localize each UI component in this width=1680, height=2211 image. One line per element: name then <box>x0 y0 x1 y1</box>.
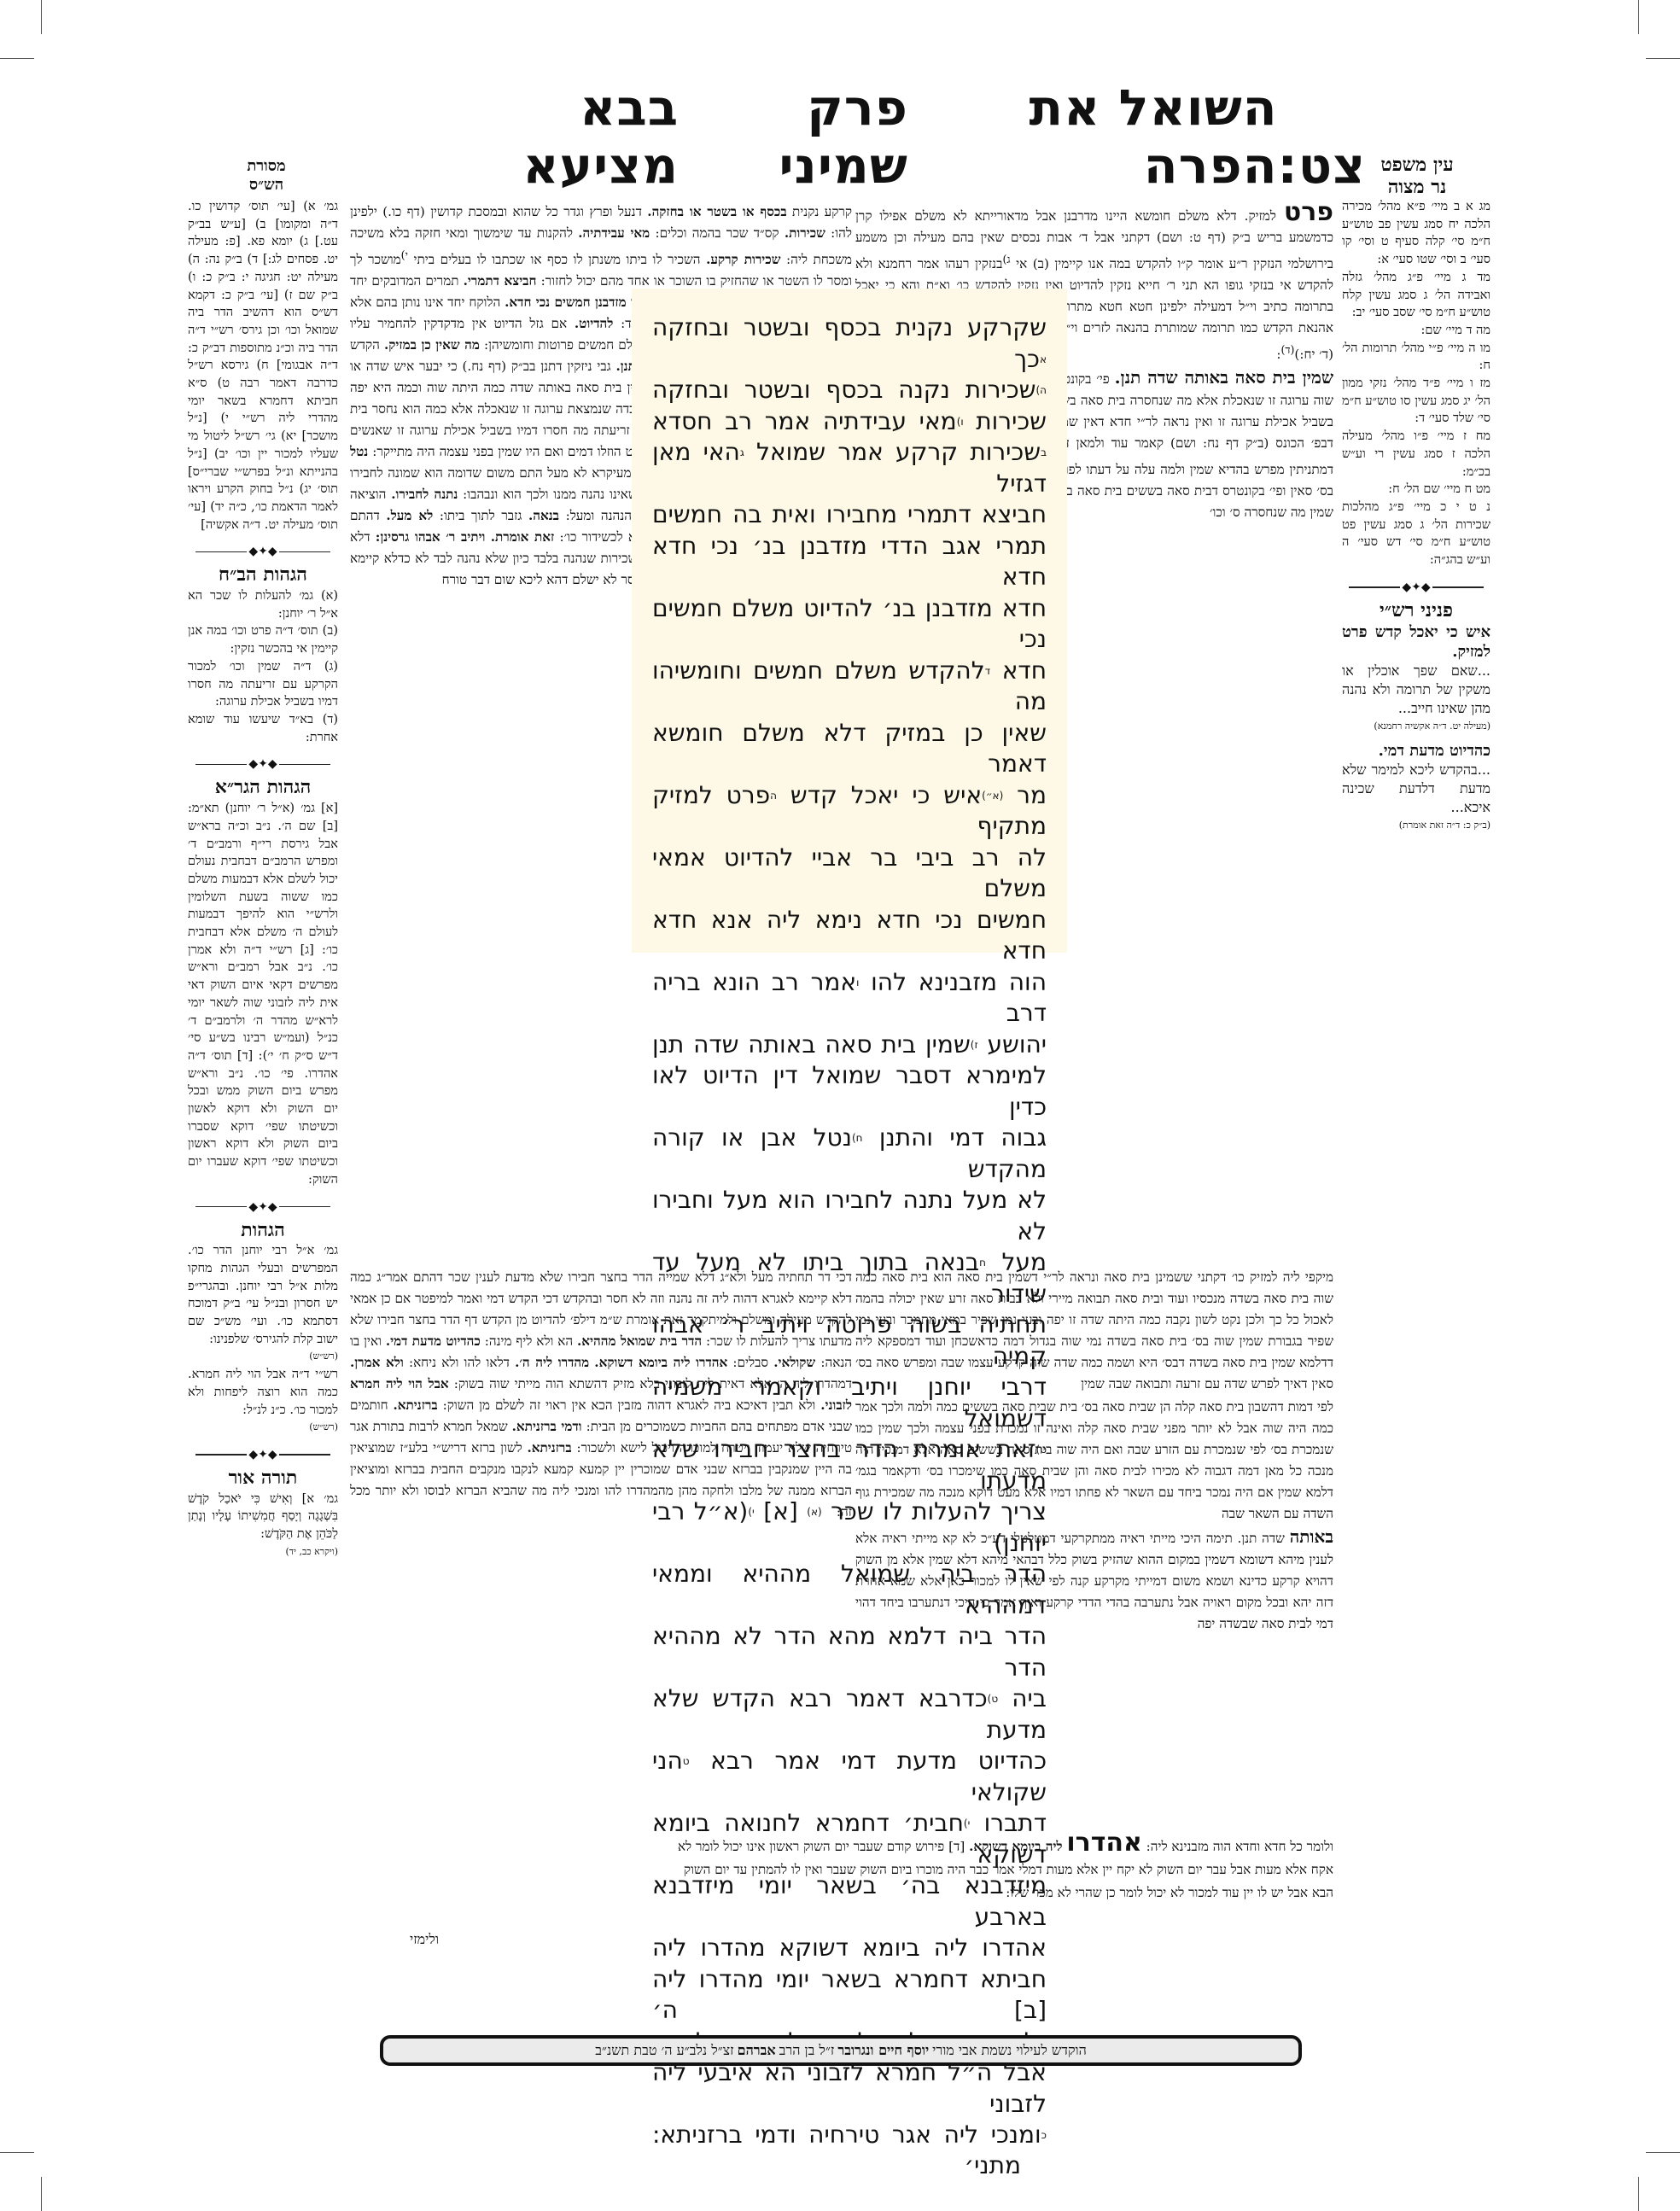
gemara-line: הוה מזבנינא להו ואמר רב הונא בריה דרב <box>652 967 1047 1030</box>
hagra-body: [א] גמ׳ (א״ל ר׳ יוחנן) תא״מ: [ב] שם ה׳. … <box>188 800 338 1188</box>
catchword: ולימזי <box>410 1931 439 1948</box>
dedication-banner: הוקדש לעילוי נשמת אבי מורי יוסף חיים ונג… <box>380 2035 1302 2066</box>
pninei-source: (ב״ק כ: ד״ה זאת אומרת) <box>1342 817 1490 835</box>
crop-mark <box>1646 58 1680 59</box>
ein-mishpat-entry: מה ד מיי׳ שם: <box>1342 322 1490 340</box>
ein-mishpat-column: מג א ב מיי׳ פ״א מהל׳ מכירה הלכה יח סמג ע… <box>1342 198 1490 835</box>
ein-mishpat-entry: נ ט י כ מיי׳ פ״ג מהלכות שכירות הל׳ ג סמג… <box>1342 499 1490 569</box>
gemara-line: חביתא דחמרא בשאר יומי מהדרו ליה [ב] ה׳ <box>652 1964 1047 2027</box>
dedication-name: יוסף חיים ונגרובר <box>837 2042 929 2059</box>
gemara-line: מר (א״)איש כי יאכל קדש הפרט למזיק מתקיף <box>652 780 1047 843</box>
hashas-title: הש״ס <box>198 176 335 195</box>
gemara-line: גבוה דמי והתנן ח)נטל אבן או קורה מהקדש <box>652 1123 1047 1185</box>
habach-entry: (ג) ד״ה שמין וכו׳ למכור הקרקע עם זריעתה … <box>188 658 338 711</box>
dedication-middle: ז״ל בן הרב <box>779 2042 835 2059</box>
ornament-divider: ◆✦◆ <box>188 1449 338 1461</box>
gemara-line: חדא מזדבנן בנ׳ להדיוט משלם חמשים נכי <box>652 593 1047 656</box>
pninei-body: ...בהקדש ליכא למימר שלא מדעת דלדעת שכינה… <box>1342 761 1490 817</box>
hagahot-entry: גמ׳ א״ל רבי יוחנן הדר כו׳. המפרשים ובעלי… <box>188 1242 338 1348</box>
gemara-line: חדא דלהקדש משלם חמשים וחומשיהו מה <box>652 656 1047 718</box>
gemara-line: למימרא דסבר שמואל דין הדיוט לאו כדין <box>652 1060 1047 1123</box>
tosafot-bottom-line: אקח אלא מעות אבל עבר יום השוק לא יקח יין… <box>350 1859 1333 1881</box>
hagahot-hagra-title: הגהות הגר״א <box>188 779 338 796</box>
torah-or-source: (ויקרא כב, יד) <box>188 1543 338 1561</box>
dedication-prefix: הוקדש לעילוי נשמת אבי מורי <box>932 2042 1087 2059</box>
crop-mark <box>41 2177 42 2211</box>
gemara-line: שכירות ו)מאי עבידתיה אמר רב חסדא <box>652 406 1047 438</box>
hagahot-entry: רש״י ד״ה אבל הוי ליה חמרא. כמה הוא רוצה … <box>188 1366 338 1419</box>
tosafot-bottom-lines: ולומר כל חדא וחדא הוה מזבנינא ליה: אהדרו… <box>350 1832 1333 1909</box>
hagahot-title: הגהות <box>188 1222 338 1240</box>
pninei-heading: כהדיוט מדעת דמי. <box>1342 741 1490 761</box>
chapter-name: השואל את הפרה <box>908 79 1278 195</box>
page-header: צט: השואל את הפרה פרק שמיני בבא מציעא <box>427 126 1366 195</box>
crop-mark <box>0 2152 34 2153</box>
ein-mishpat-entry: מג א ב מיי׳ פ״א מהל׳ מכירה הלכה יח סמג ע… <box>1342 198 1490 269</box>
habach-entry: (ב) תוס׳ ד״ה פרט וכו׳ במה אנן קיימין אי … <box>188 622 338 657</box>
ein-mishpat-entry: מט ח מיי׳ שם הל׳ ח: <box>1342 481 1490 499</box>
ein-mishpat-title: עין משפט <box>1349 154 1485 176</box>
mesoret-title: מסורת <box>198 157 335 176</box>
gemara-line: יהושע ז)שמין בית סאה באותה שדה תנן <box>652 1030 1047 1061</box>
torah-or-title: תורה אור <box>188 1469 338 1487</box>
ein-mishpat-entry: מז ו מיי׳ פ״ד מהל׳ נזקי ממון הל׳ יג סמג … <box>1342 375 1490 428</box>
rashi-lower-paragraph: דכי דר תחתיה מעל ולא״ג דלא שמייה הדר בחצ… <box>350 1267 852 1523</box>
tosafot-opening-word: פרט <box>1284 201 1333 227</box>
gemara-line: כומנכי ליה אגר טירחיה ודמי ברזניתא: <box>652 2120 1047 2151</box>
chapter-number: פרק שמיני <box>679 79 908 195</box>
tosafot-paragraph: לפי דמות דהשבון בית סאה קלה הן שבית סאה … <box>855 1397 1333 1525</box>
tosafot-paragraph: מיקפי ליה למזיק כו׳ דקתני ששמינן בית סאה… <box>855 1267 1333 1395</box>
gemara-line: שאין כן במזיק דלא משלם חומשא דאמר <box>652 718 1047 780</box>
rashi-lower-column: דכי דר תחתיה מעל ולא״ג דלא שמייה הדר בחצ… <box>350 1267 852 1813</box>
ein-mishpat-entry: מו ה מיי׳ פ״י מהל׳ תרומות הל׳ ח: <box>1342 340 1490 375</box>
ein-mishpat-entry: מח ז מיי׳ פ״ו מהל׳ מעילה הלכה ז סמג עשין… <box>1342 428 1490 481</box>
ornament-divider: ◆✦◆ <box>188 758 338 770</box>
gemara-line: חביצא דתמרי מחבירו ואית בה חמשים <box>652 499 1047 531</box>
torah-or-body: גמ׳ א] וְאִישׁ כִּי יֹאכַל קֹדֶשׁ בִּשְׁ… <box>188 1491 338 1543</box>
gemara-text-box: שקרקע נקנית בכסף ובשטר ובחזקה אכךה)שכירו… <box>632 289 1067 953</box>
tosafot-paragraph: באותה שדה תנן. תימה היכי מייתי ראיה ממתק… <box>855 1526 1333 1635</box>
hagahot-habach-title: הגהות הב״ח <box>188 566 338 584</box>
ornament-divider: ◆✦◆ <box>1342 581 1490 593</box>
gemara-line: לה רב ביבי בר אביי להדיוט אמאי משלם <box>652 843 1047 905</box>
pninei-rashi-title: פניני רש״י <box>1342 602 1490 620</box>
ornament-divider: ◆✦◆ <box>188 1201 338 1213</box>
crop-mark <box>1638 0 1639 34</box>
hagahot-source: (רש״ש) <box>188 1419 338 1437</box>
gemara-line: לא מעל נתנה לחבירו הוא מעל וחבירו לא <box>652 1185 1047 1247</box>
gemara-line: אבל ה״ל חמרא לזבוני הא איבעי ליה לזבוני <box>652 2057 1047 2120</box>
crop-mark <box>1646 2152 1680 2153</box>
habach-entry: (א) גמ׳ להעלות לו שכר הא א״ל ר׳ יוחנן: <box>188 587 338 622</box>
pninei-source: (מעילה יט. ד״ה אקשיה רחמנא) <box>1342 718 1490 736</box>
dedication-father: אברהם <box>738 2042 776 2059</box>
mishnah-marker: מתני׳ <box>652 2151 1047 2179</box>
crop-mark <box>0 58 34 59</box>
ner-mitzvah-title: נר מצוה <box>1349 176 1485 198</box>
crop-mark <box>41 0 42 34</box>
ornament-divider: ◆✦◆ <box>188 545 338 557</box>
gemara-line: תמרי אגב הדדי מזדבנן בנ׳ נכי חדא חדא <box>652 531 1047 593</box>
habach-entry: (ד) בא״ד שיעשו עוד שומא אחרת: <box>188 711 338 746</box>
left-margin-column: גמ׳ א) [עי׳ תוס׳ קדושין כו. ד״ה ומקומו] … <box>188 198 338 1561</box>
hagahot-source: (רש״ש) <box>188 1348 338 1366</box>
mesoret-header: מסורת הש״ס <box>198 157 335 195</box>
ein-mishpat-header: עין משפט נר מצוה <box>1349 154 1485 198</box>
gemara-line: ה)שכירות נקנה בכסף ובשטר ובחזקה <box>652 375 1047 406</box>
tractate-name: בבא מציעא <box>427 79 679 195</box>
pninei-heading: איש כי יאכל קדש פרט למזיק. <box>1342 622 1490 662</box>
gemara-line: בשכירות קרקע אמר שמואל גהאי מאן דגזיל <box>652 437 1047 499</box>
mesoret-body: גמ׳ א) [עי׳ תוס׳ קדושין כו. ד״ה ומקומו] … <box>188 198 338 534</box>
gemara-line: חמשים נכי חדא נימא ליה אנא חדא חדא <box>652 905 1047 967</box>
gemara-line: אהדרו ליה ביומא דשוקא מהדרו ליה <box>652 1933 1047 1964</box>
tosafot-lower-column: מיקפי ליה למזיק כו׳ דקתני ששמינן בית סאה… <box>855 1267 1333 1813</box>
tosafot-bottom-line: ולומר כל חדא וחדא הוה מזבנינא ליה: אהדרו… <box>350 1832 1333 1858</box>
pninei-body: ...שאם שפך אוכלין או משקין של תרומה ולא … <box>1342 662 1490 718</box>
dedication-suffix: זצ״ל נלב״ע ה׳ טבת תשנ״ב <box>595 2042 733 2059</box>
tosafot-bottom-line: הבא אבל יש לו יין עוד למכור לא יכול לומר… <box>350 1882 1333 1904</box>
gemara-line: שקרקע נקנית בכסף ובשטר ובחזקה אכך <box>652 312 1047 375</box>
ein-mishpat-entry: מד ג מיי׳ פ״ג מהל׳ גזלה ואבידה הל׳ ג סמג… <box>1342 269 1490 322</box>
crop-mark <box>1638 2177 1639 2211</box>
